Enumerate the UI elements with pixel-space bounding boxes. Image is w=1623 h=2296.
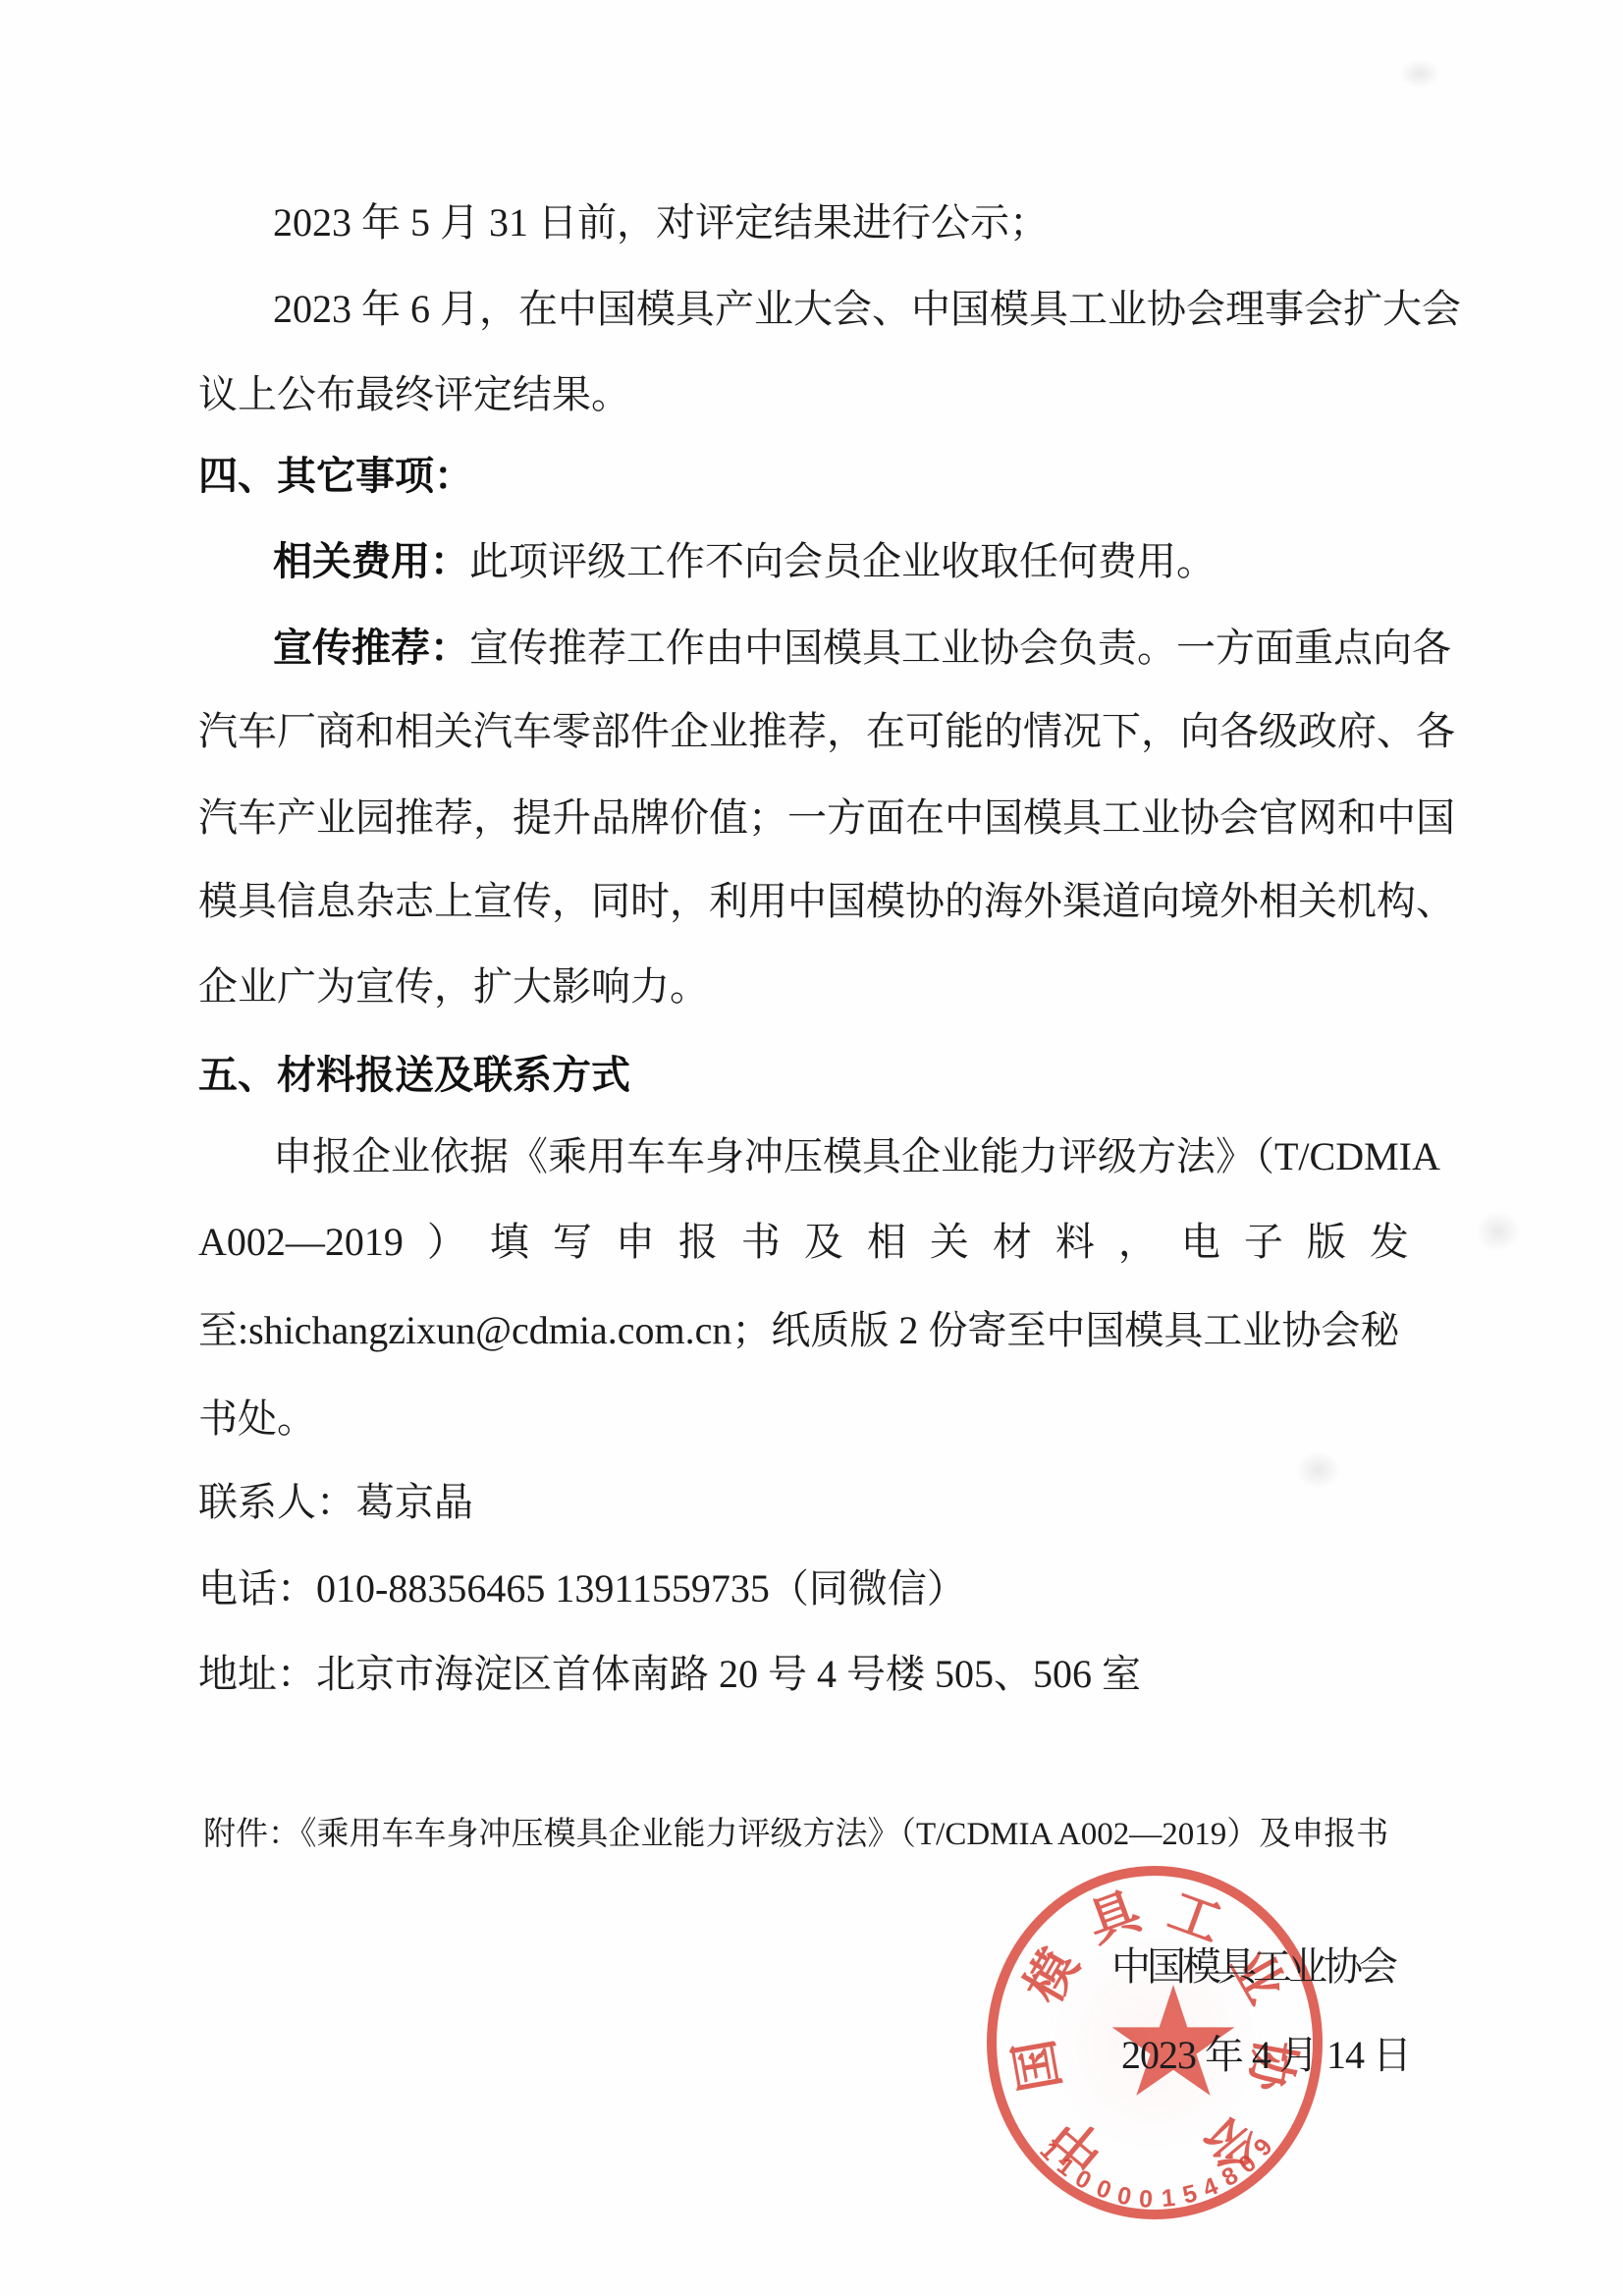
scan-smudge <box>1399 59 1440 88</box>
seal-org-name-text: 中国模具工业协会 <box>1111 1944 1394 1990</box>
scanned-document-page: 2023 年 5 月 31 日前，对评定结果进行公示； 2023 年 6 月，在… <box>0 0 1623 2296</box>
scan-smudge <box>1476 1211 1521 1252</box>
seal-serial-digit: 1 <box>1161 2184 1177 2214</box>
seal-serial-digit: 0 <box>1139 2185 1155 2214</box>
official-seal: 中国模具工业协会 110000154809 中国模具工业协会 2023 年 4 … <box>0 0 1623 2296</box>
scan-smudge <box>1296 1451 1341 1489</box>
seal-date-text: 2023 年 4 月 14 日 <box>1121 2033 1411 2078</box>
